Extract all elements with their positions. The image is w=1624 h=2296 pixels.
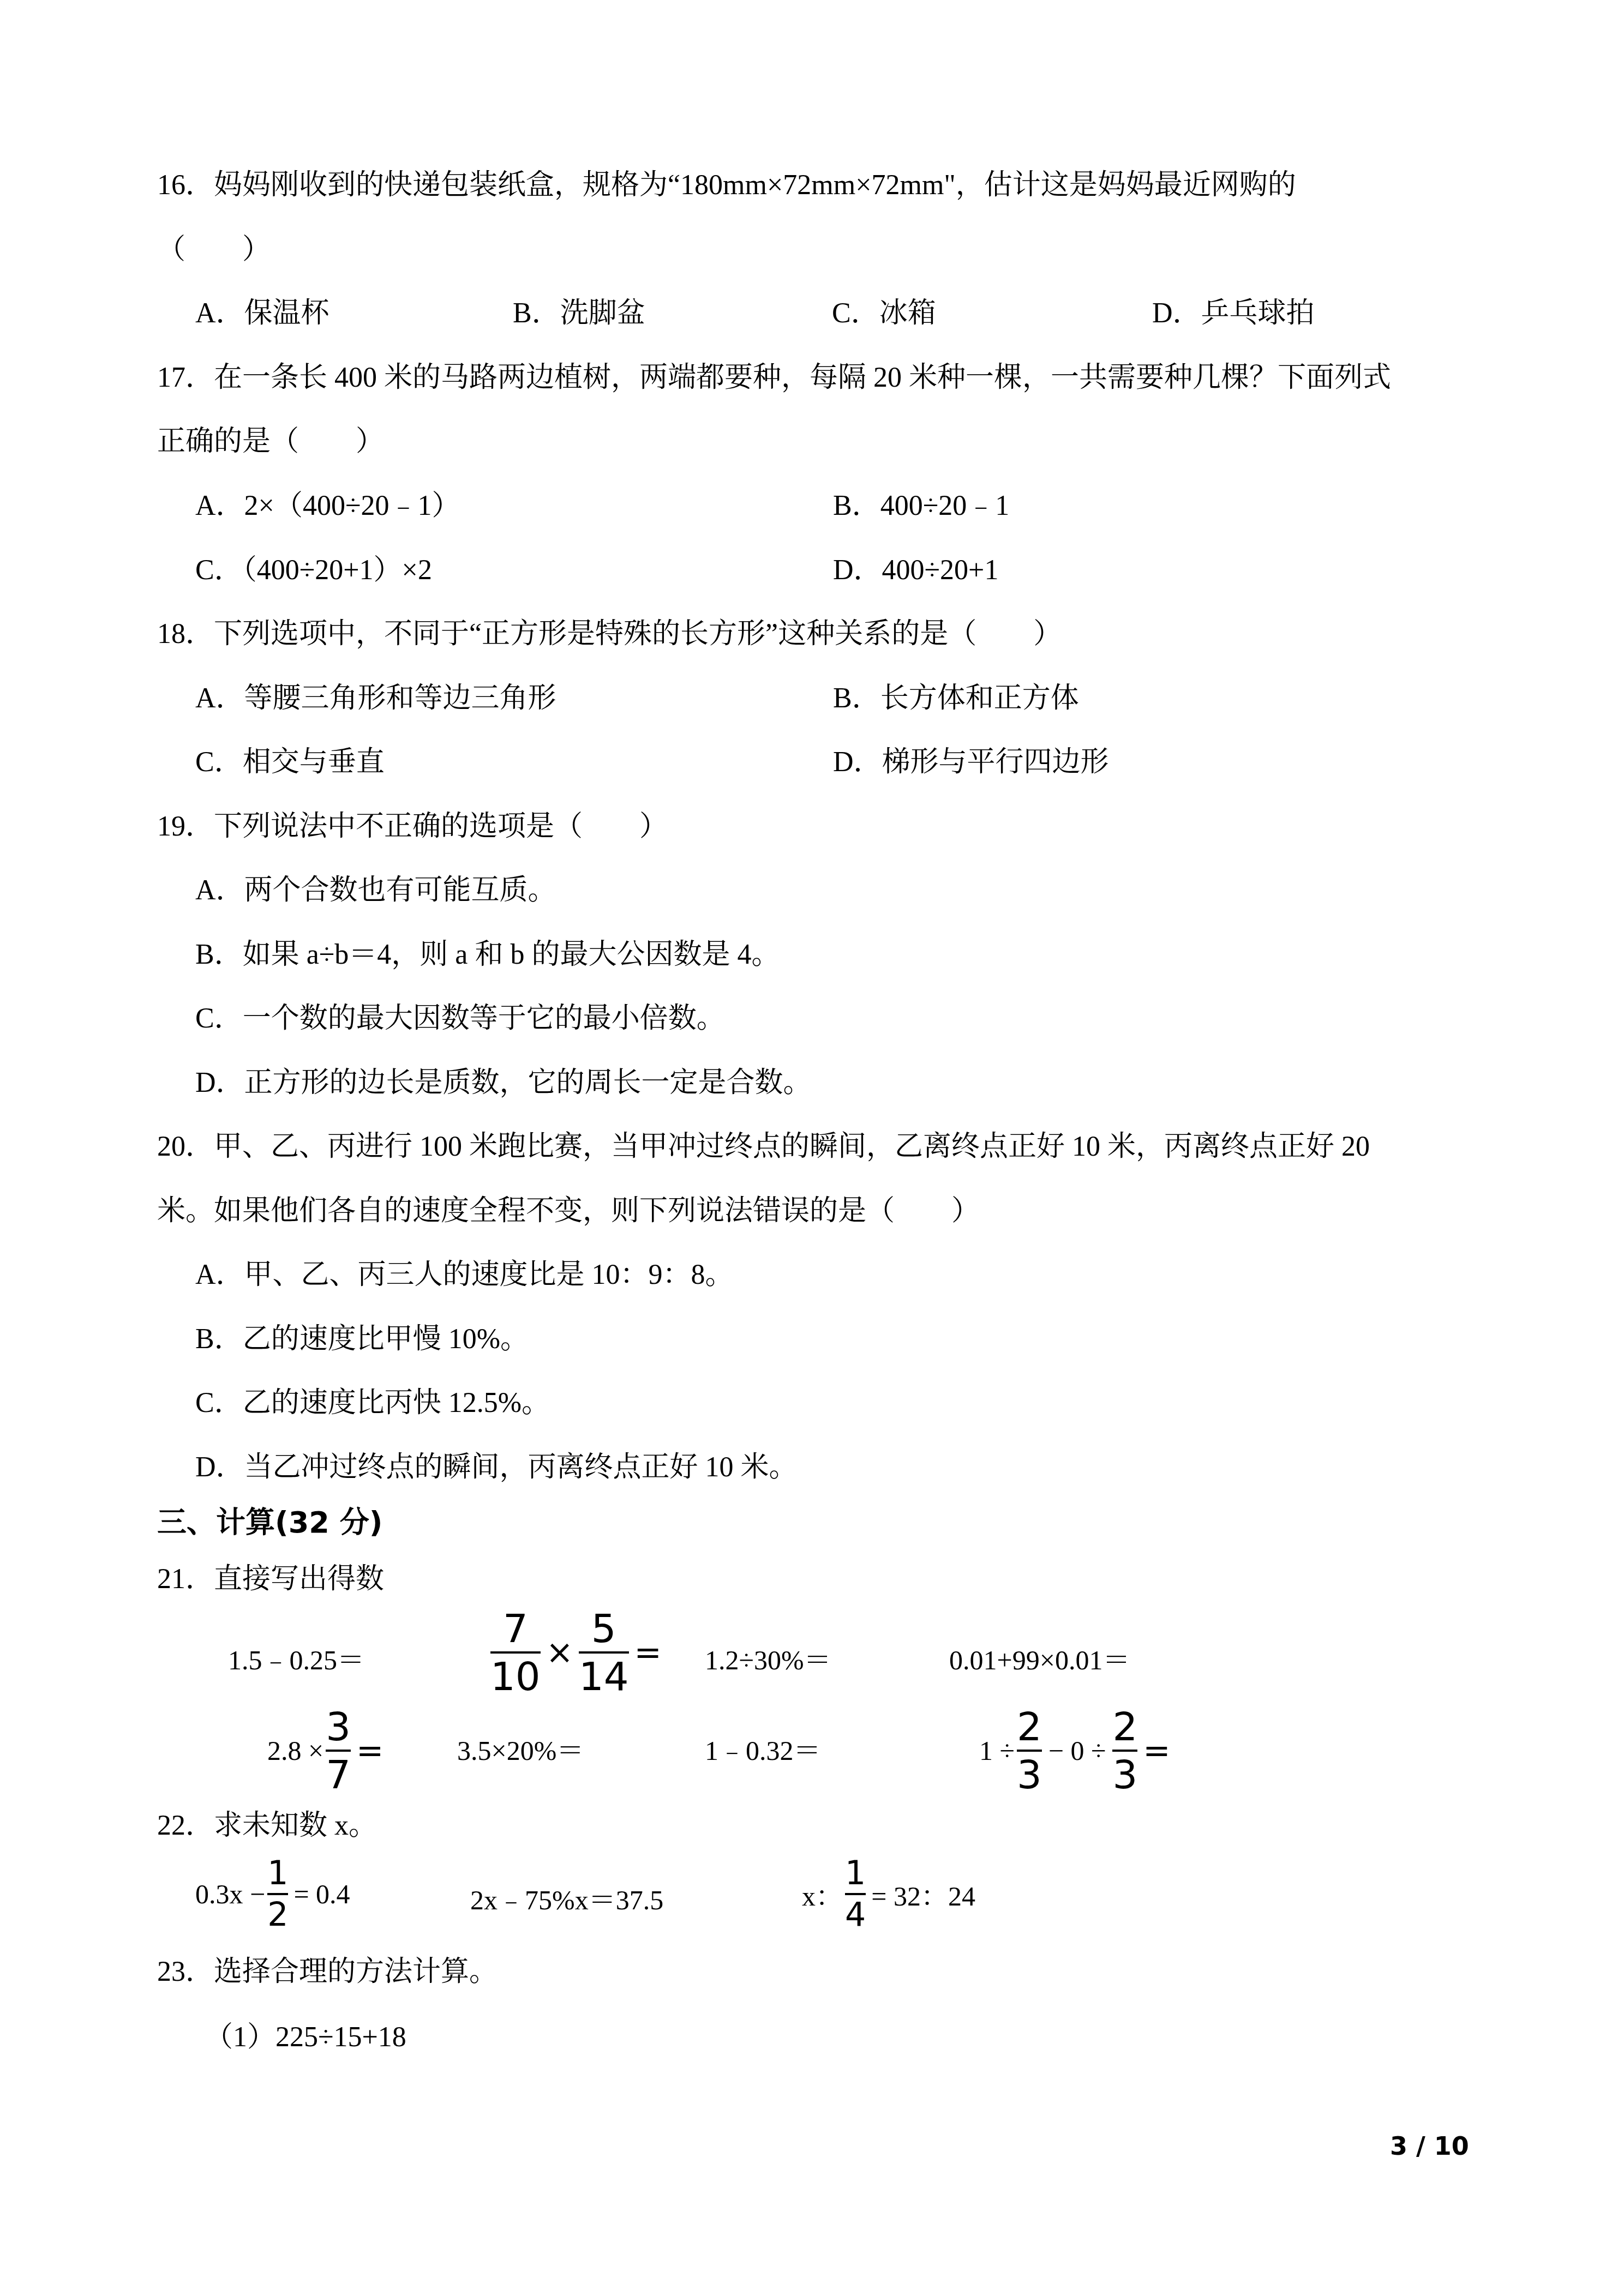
question-17-stem-line2: 正确的是（ ） [157, 425, 384, 458]
fraction-3-7: 3 7 [326, 1707, 351, 1794]
q22-equation-1: 0.3x − 1 2 = 0.4 [195, 1857, 350, 1931]
numerator: 5 [591, 1609, 616, 1648]
q21-expr-6-text: 3.5×20%＝ [457, 1729, 584, 1768]
q21-expr-3: 1.2÷30%＝ [705, 1642, 831, 1674]
page-number: 3 / 10 [1390, 2130, 1469, 2162]
numerator: 7 [503, 1609, 528, 1648]
question-20-stem-line2: 米。如果他们各自的速度全程不变，则下列说法错误的是（ ） [157, 1195, 980, 1228]
q22-equation-3-tail: = 32：24 [871, 1874, 975, 1914]
q22-equation-3: x： 1 4 = 32：24 [802, 1857, 975, 1931]
question-18-option-b: B．长方体和正方体 [833, 682, 1079, 715]
q21-expr-5: 2.8 × 3 7 = [267, 1707, 387, 1794]
q21-expr-8-lead: 1 ÷ [979, 1735, 1015, 1766]
denominator: 2 [267, 1898, 288, 1931]
denominator: 3 [1017, 1755, 1042, 1794]
fraction-2-3-b: 2 3 [1112, 1707, 1137, 1794]
question-23-stem: 23．选择合理的方法计算。 [157, 1956, 498, 1988]
equals-sign: = [634, 1633, 662, 1672]
question-17-option-a: A．2×（400÷20﹣1） [195, 490, 460, 522]
question-18-option-d: D．梯形与平行四边形 [833, 746, 1109, 779]
q21-expr-4: 0.01+99×0.01＝ [949, 1642, 1130, 1674]
question-20-option-d: D．当乙冲过终点的瞬间，丙离终点正好 10 米。 [195, 1451, 798, 1484]
q21-expr-3-text: 1.2÷30%＝ [705, 1638, 831, 1678]
question-17-option-b: B．400÷20﹣1 [833, 490, 1009, 522]
q22-equation-2-text: 2x﹣75%x＝37.5 [470, 1878, 663, 1918]
q21-expr-8-mid: − 0 ÷ [1048, 1735, 1106, 1766]
question-22-stem: 22．求未知数 x。 [157, 1810, 377, 1842]
question-16-option-b: B．洗脚盆 [513, 297, 645, 330]
equals-sign: = [356, 1732, 383, 1770]
fraction-5-14: 5 14 [579, 1609, 629, 1696]
question-17-stem-line1: 17．在一条长 400 米的马路两边植树，两端都要种，每隔 20 米种一棵，一共… [157, 362, 1391, 394]
denominator: 3 [1112, 1755, 1137, 1794]
denominator: 7 [326, 1755, 351, 1794]
numerator: 2 [1112, 1707, 1137, 1746]
denominator: 14 [579, 1657, 629, 1696]
fraction-1-4: 1 4 [845, 1857, 866, 1931]
fraction-bar [267, 1893, 288, 1895]
q21-expr-1-text: 1.5﹣0.25＝ [228, 1638, 364, 1678]
fraction-2-3-a: 2 3 [1017, 1707, 1042, 1794]
q21-expr-8: 1 ÷ 2 3 − 0 ÷ 2 3 = [979, 1707, 1174, 1794]
q21-expr-6: 3.5×20%＝ [457, 1732, 584, 1765]
question-19-option-b: B．如果 a÷b＝4，则 a 和 b 的最大公因数是 4。 [195, 939, 780, 971]
question-18-option-a: A．等腰三角形和等边三角形 [195, 682, 556, 715]
q21-expr-5-lead: 2.8 × [267, 1735, 323, 1766]
question-16-option-d: D．乒乓球拍 [1152, 297, 1315, 330]
question-23-sub-1: （1）225÷15+18 [205, 2021, 406, 2054]
q22-equation-3-lead: x： [802, 1874, 843, 1914]
question-20-stem-line1: 20．甲、乙、丙进行 100 米跑比赛，当甲冲过终点的瞬间，乙离终点正好 10 … [157, 1131, 1370, 1163]
question-20-option-a: A．甲、乙、丙三人的速度比是 10：9：8。 [195, 1259, 734, 1291]
fraction-7-10: 7 10 [490, 1609, 541, 1696]
q21-expr-7: 1﹣0.32＝ [705, 1732, 821, 1765]
q22-equation-1-lead: 0.3x − [195, 1878, 265, 1910]
equals-sign: = [1143, 1732, 1170, 1770]
question-16-option-a: A．保温杯 [195, 297, 329, 330]
question-18-stem: 18．下列选项中，不同于“正方形是特殊的长方形”这种关系的是（ ） [157, 618, 1062, 651]
section-3-heading: 三、计算(32 分) [157, 1506, 382, 1539]
q22-equation-2: 2x﹣75%x＝37.5 [470, 1882, 663, 1914]
multiply-sign: × [546, 1633, 573, 1672]
question-19-option-a: A．两个合数也有可能互质。 [195, 874, 556, 907]
numerator: 1 [845, 1857, 866, 1890]
question-19-stem: 19．下列说法中不正确的选项是（ ） [157, 810, 668, 843]
question-19-option-d: D．正方形的边长是质数，它的周长一定是合数。 [195, 1067, 812, 1099]
q21-expr-4-text: 0.01+99×0.01＝ [949, 1638, 1130, 1678]
fraction-1-2: 1 2 [267, 1857, 288, 1931]
question-18-option-c: C．相交与垂直 [195, 746, 385, 779]
question-16-answer-blank: （ ） [157, 233, 271, 266]
denominator: 10 [490, 1657, 541, 1696]
q21-expr-2: 7 10 × 5 14 = [488, 1609, 665, 1696]
numerator: 3 [326, 1707, 351, 1746]
question-19-option-c: C．一个数的最大因数等于它的最小倍数。 [195, 1002, 725, 1035]
question-20-option-b: B．乙的速度比甲慢 10%。 [195, 1323, 529, 1356]
q21-expr-7-text: 1﹣0.32＝ [705, 1729, 821, 1768]
question-16-stem-line1: 16．妈妈刚收到的快递包装纸盒，规格为“180mm×72mm×72mm"，估计这… [157, 169, 1296, 202]
question-17-option-d: D．400÷20+1 [833, 554, 998, 587]
question-17-option-c: C．（400÷20+1）×2 [195, 554, 432, 587]
fraction-bar [845, 1893, 866, 1895]
numerator: 2 [1017, 1707, 1042, 1746]
question-21-stem: 21．直接写出得数 [157, 1563, 384, 1596]
denominator: 4 [845, 1898, 866, 1931]
question-20-option-c: C．乙的速度比丙快 12.5%。 [195, 1387, 550, 1420]
q21-expr-1: 1.5﹣0.25＝ [228, 1642, 364, 1674]
q22-equation-1-tail: = 0.4 [293, 1878, 350, 1910]
question-16-option-c: C．冰箱 [832, 297, 936, 330]
numerator: 1 [267, 1857, 288, 1890]
